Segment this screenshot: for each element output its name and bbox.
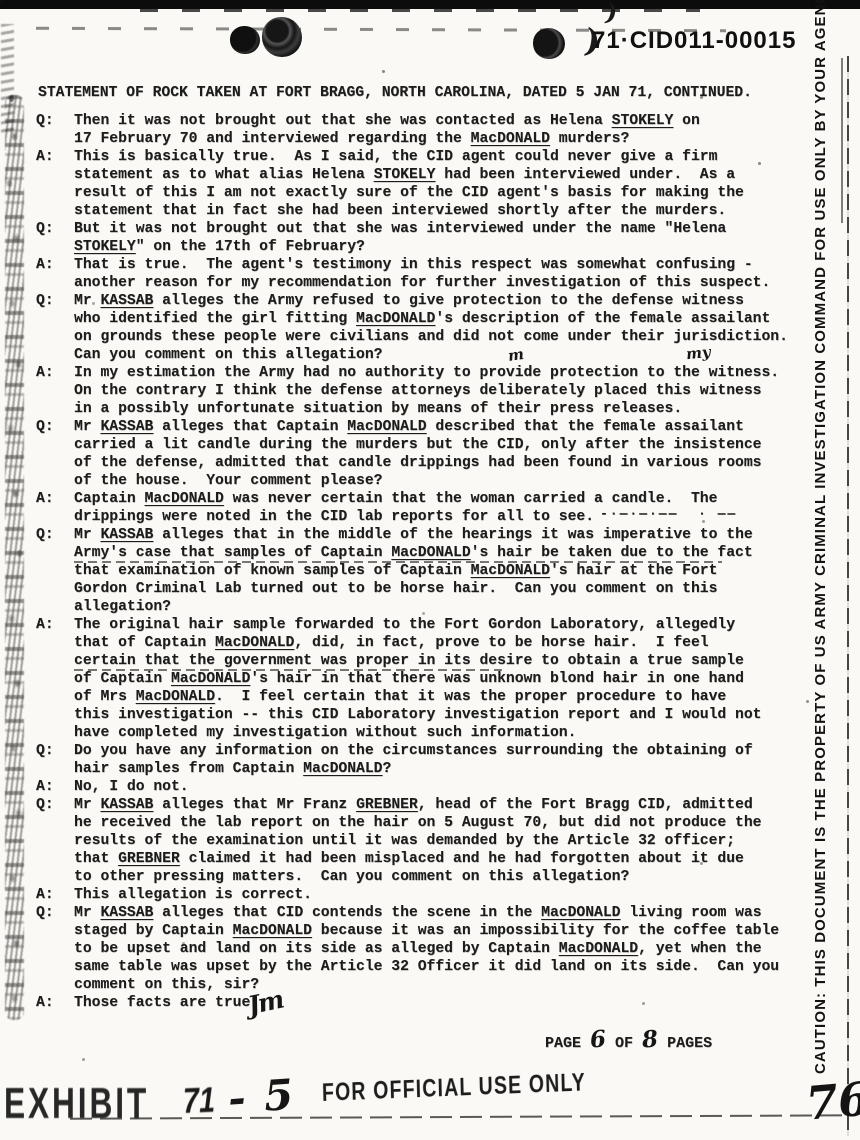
qa-block: A:The original hair sample forwarded to … xyxy=(36,616,826,742)
qa-line: This is basically true. As I said, the C… xyxy=(74,148,826,166)
exhibit-suffix-handwritten: - 5 xyxy=(226,1070,297,1124)
scan-edge-bar xyxy=(0,0,860,9)
handwritten-initials: Jm xyxy=(245,985,285,1020)
qa-line: But it was not brought out that she was … xyxy=(74,220,826,238)
qa-block: Q:Then it was not brought out that she w… xyxy=(36,112,826,148)
right-scan-line xyxy=(847,56,849,1136)
handwritten-page-number: 6 xyxy=(589,1025,607,1053)
typewriter-underline-artifact xyxy=(74,561,722,563)
speaker-label: A: xyxy=(36,148,74,220)
qa-line: that examination of known samples of Cap… xyxy=(74,562,826,580)
speaker-label: Q: xyxy=(36,796,74,886)
qa-line: of Captain MacDONALD's hair in that ther… xyxy=(74,670,826,688)
speaker-label: Q: xyxy=(36,112,74,148)
ink-blot xyxy=(262,17,302,57)
dash-artifact: -·—·—·—— · —— xyxy=(600,506,737,521)
qa-line: hair samples from Captain MacDONALD? xyxy=(74,760,826,778)
qa-block: A:In my estimation the Army had no autho… xyxy=(36,364,826,418)
document-header: STATEMENT OF ROCK TAKEN AT FORT BRAGG, N… xyxy=(38,85,752,101)
speaker-label: Q: xyxy=(36,292,74,364)
qa-block: A:This is basically true. As I said, the… xyxy=(36,148,826,220)
qa-block: Q:Do you have any information on the cir… xyxy=(36,742,826,778)
page-number-line: PAGE 6 OF 8 PAGES xyxy=(545,1026,712,1053)
qa-line: same table was upset by the Article 32 O… xyxy=(74,958,826,976)
qa-line: in a possibly unfortunate situation by m… xyxy=(74,400,826,418)
pen-annotation: my xyxy=(685,343,711,363)
qa-line: to other pressing matters. Can you comme… xyxy=(74,868,826,886)
speaker-label: A: xyxy=(36,886,74,904)
qa-line: this investigation -- this CID Laborator… xyxy=(74,706,826,724)
qa-line: The original hair sample forwarded to th… xyxy=(74,616,826,634)
qa-line: Do you have any information on the circu… xyxy=(74,742,826,760)
typewriter-underline-artifact xyxy=(74,669,502,671)
exhibit-number-stamp: 71 xyxy=(182,1081,215,1122)
qa-block: Q:Mr KASSAB alleges that Mr Franz GREBNE… xyxy=(36,796,826,886)
qa-line: Gordon Criminal Lab turned out to be hor… xyxy=(74,580,826,598)
qa-line: Mr KASSAB alleges the Army refused to gi… xyxy=(74,292,826,310)
qa-line: that of Captain MacDONALD, did, in fact,… xyxy=(74,634,826,652)
qa-line: result of this I am not exactly sure of … xyxy=(74,184,826,202)
qa-line: Mr KASSAB alleges that Mr Franz GREBNER,… xyxy=(74,796,826,814)
speaker-label: A: xyxy=(36,490,74,526)
qa-line: of Mrs MacDONALD. I feel certain that it… xyxy=(74,688,826,706)
qa-block: Q:But it was not brought out that she wa… xyxy=(36,220,826,256)
right-scan-line-short xyxy=(841,58,843,223)
qa-line: That is true. The agent's testimony in t… xyxy=(74,256,826,274)
page-word: PAGE xyxy=(545,1035,581,1052)
qa-line: staged by Captain MacDONALD because it w… xyxy=(74,922,826,940)
speaker-label: Q: xyxy=(36,526,74,616)
qa-line: Mr KASSAB alleges that Captain MacDONALD… xyxy=(74,418,826,436)
qa-line: on grounds these people were civilians a… xyxy=(74,328,826,346)
pen-annotation: m xyxy=(507,345,525,365)
ink-blot xyxy=(533,28,565,59)
speaker-label: Q: xyxy=(36,220,74,256)
qa-line: comment on this, sir? xyxy=(74,976,826,994)
qa-line: certain that the government was proper i… xyxy=(74,652,826,670)
left-margin-scan-noise xyxy=(5,95,24,1020)
qa-line: statement that in fact she had been inte… xyxy=(74,202,826,220)
speaker-label: A: xyxy=(36,778,74,796)
caution-margin-stamp: CAUTION: THIS DOCUMENT IS THE PROPERTY O… xyxy=(812,52,840,1074)
qa-line: to be upset and land on its side as alle… xyxy=(74,940,826,958)
qa-line: Those facts are true. xyxy=(74,994,826,1012)
qa-line: 17 February 70 and interviewed regarding… xyxy=(74,130,826,148)
speaker-label: A: xyxy=(36,256,74,292)
document-number-stamp: 71·CID011-00015 xyxy=(592,27,796,55)
qa-line: In my estimation the Army had no authori… xyxy=(74,364,826,382)
qa-line: results of the examination until it was … xyxy=(74,832,826,850)
pages-word: PAGES xyxy=(667,1035,712,1052)
qa-line: STOKELY" on the 17th of February? xyxy=(74,238,826,256)
qa-line: statement as to what alias Helena STOKEL… xyxy=(74,166,826,184)
speaker-label: A: xyxy=(36,994,74,1012)
qa-block: Q:Mr KASSAB alleges that CID contends th… xyxy=(36,904,826,994)
speaker-label: Q: xyxy=(36,904,74,994)
of-word: OF xyxy=(615,1035,633,1052)
qa-line: of the house. Your comment please? xyxy=(74,472,826,490)
qa-line: No, I do not. xyxy=(74,778,826,796)
qa-line: On the contrary I think the defense atto… xyxy=(74,382,826,400)
speaker-label: Q: xyxy=(36,742,74,778)
handwritten-total-pages: 8 xyxy=(641,1025,659,1053)
qa-block: Q:Mr KASSAB alleges that Captain MacDONA… xyxy=(36,418,826,490)
speaker-label: Q: xyxy=(36,418,74,490)
qa-block: A:That is true. The agent's testimony in… xyxy=(36,256,826,292)
qa-line: who identified the girl fitting MacDONAL… xyxy=(74,310,826,328)
corner-scan-noise xyxy=(1,24,14,134)
qa-block: A:This allegation is correct. xyxy=(36,886,826,904)
qa-line: of the defense, admitted that candle dri… xyxy=(74,454,826,472)
for-official-use-only-stamp: FOR OFFICIAL USE ONLY xyxy=(322,1068,587,1108)
qa-line: allegation? xyxy=(74,598,826,616)
qa-line: Mr KASSAB alleges that CID contends the … xyxy=(74,904,826,922)
qa-line: another reason for my recommendation for… xyxy=(74,274,826,292)
handwritten-corner-number: 76 xyxy=(804,1071,860,1130)
qa-line: he received the lab report on the hair o… xyxy=(74,814,826,832)
qa-line: Mr KASSAB alleges that in the middle of … xyxy=(74,526,826,544)
qa-block: A:Those facts are true. xyxy=(36,994,826,1012)
scanned-document-page: ) ) 71·CID011-00015 STATEMENT OF ROCK TA… xyxy=(0,0,860,1140)
speaker-label: A: xyxy=(36,616,74,742)
scan-specks xyxy=(0,0,2,2)
qa-line: This allegation is correct. xyxy=(74,886,826,904)
qa-line: Then it was not brought out that she was… xyxy=(74,112,826,130)
qa-block: A:No, I do not. xyxy=(36,778,826,796)
qa-line: that GREBNER claimed it had been misplac… xyxy=(74,850,826,868)
speaker-label: A: xyxy=(36,364,74,418)
qa-block: Q:Mr KASSAB alleges that in the middle o… xyxy=(36,526,826,616)
exhibit-stamp: EXHIBIT xyxy=(4,1079,149,1129)
qa-line: carried a lit candle during the murders … xyxy=(74,436,826,454)
qa-line: Army's case that samples of Captain MacD… xyxy=(74,544,826,562)
qa-line: Can you comment on this allegation? xyxy=(74,346,826,364)
qa-line: have completed my investigation without … xyxy=(74,724,826,742)
ink-blot xyxy=(230,26,260,54)
